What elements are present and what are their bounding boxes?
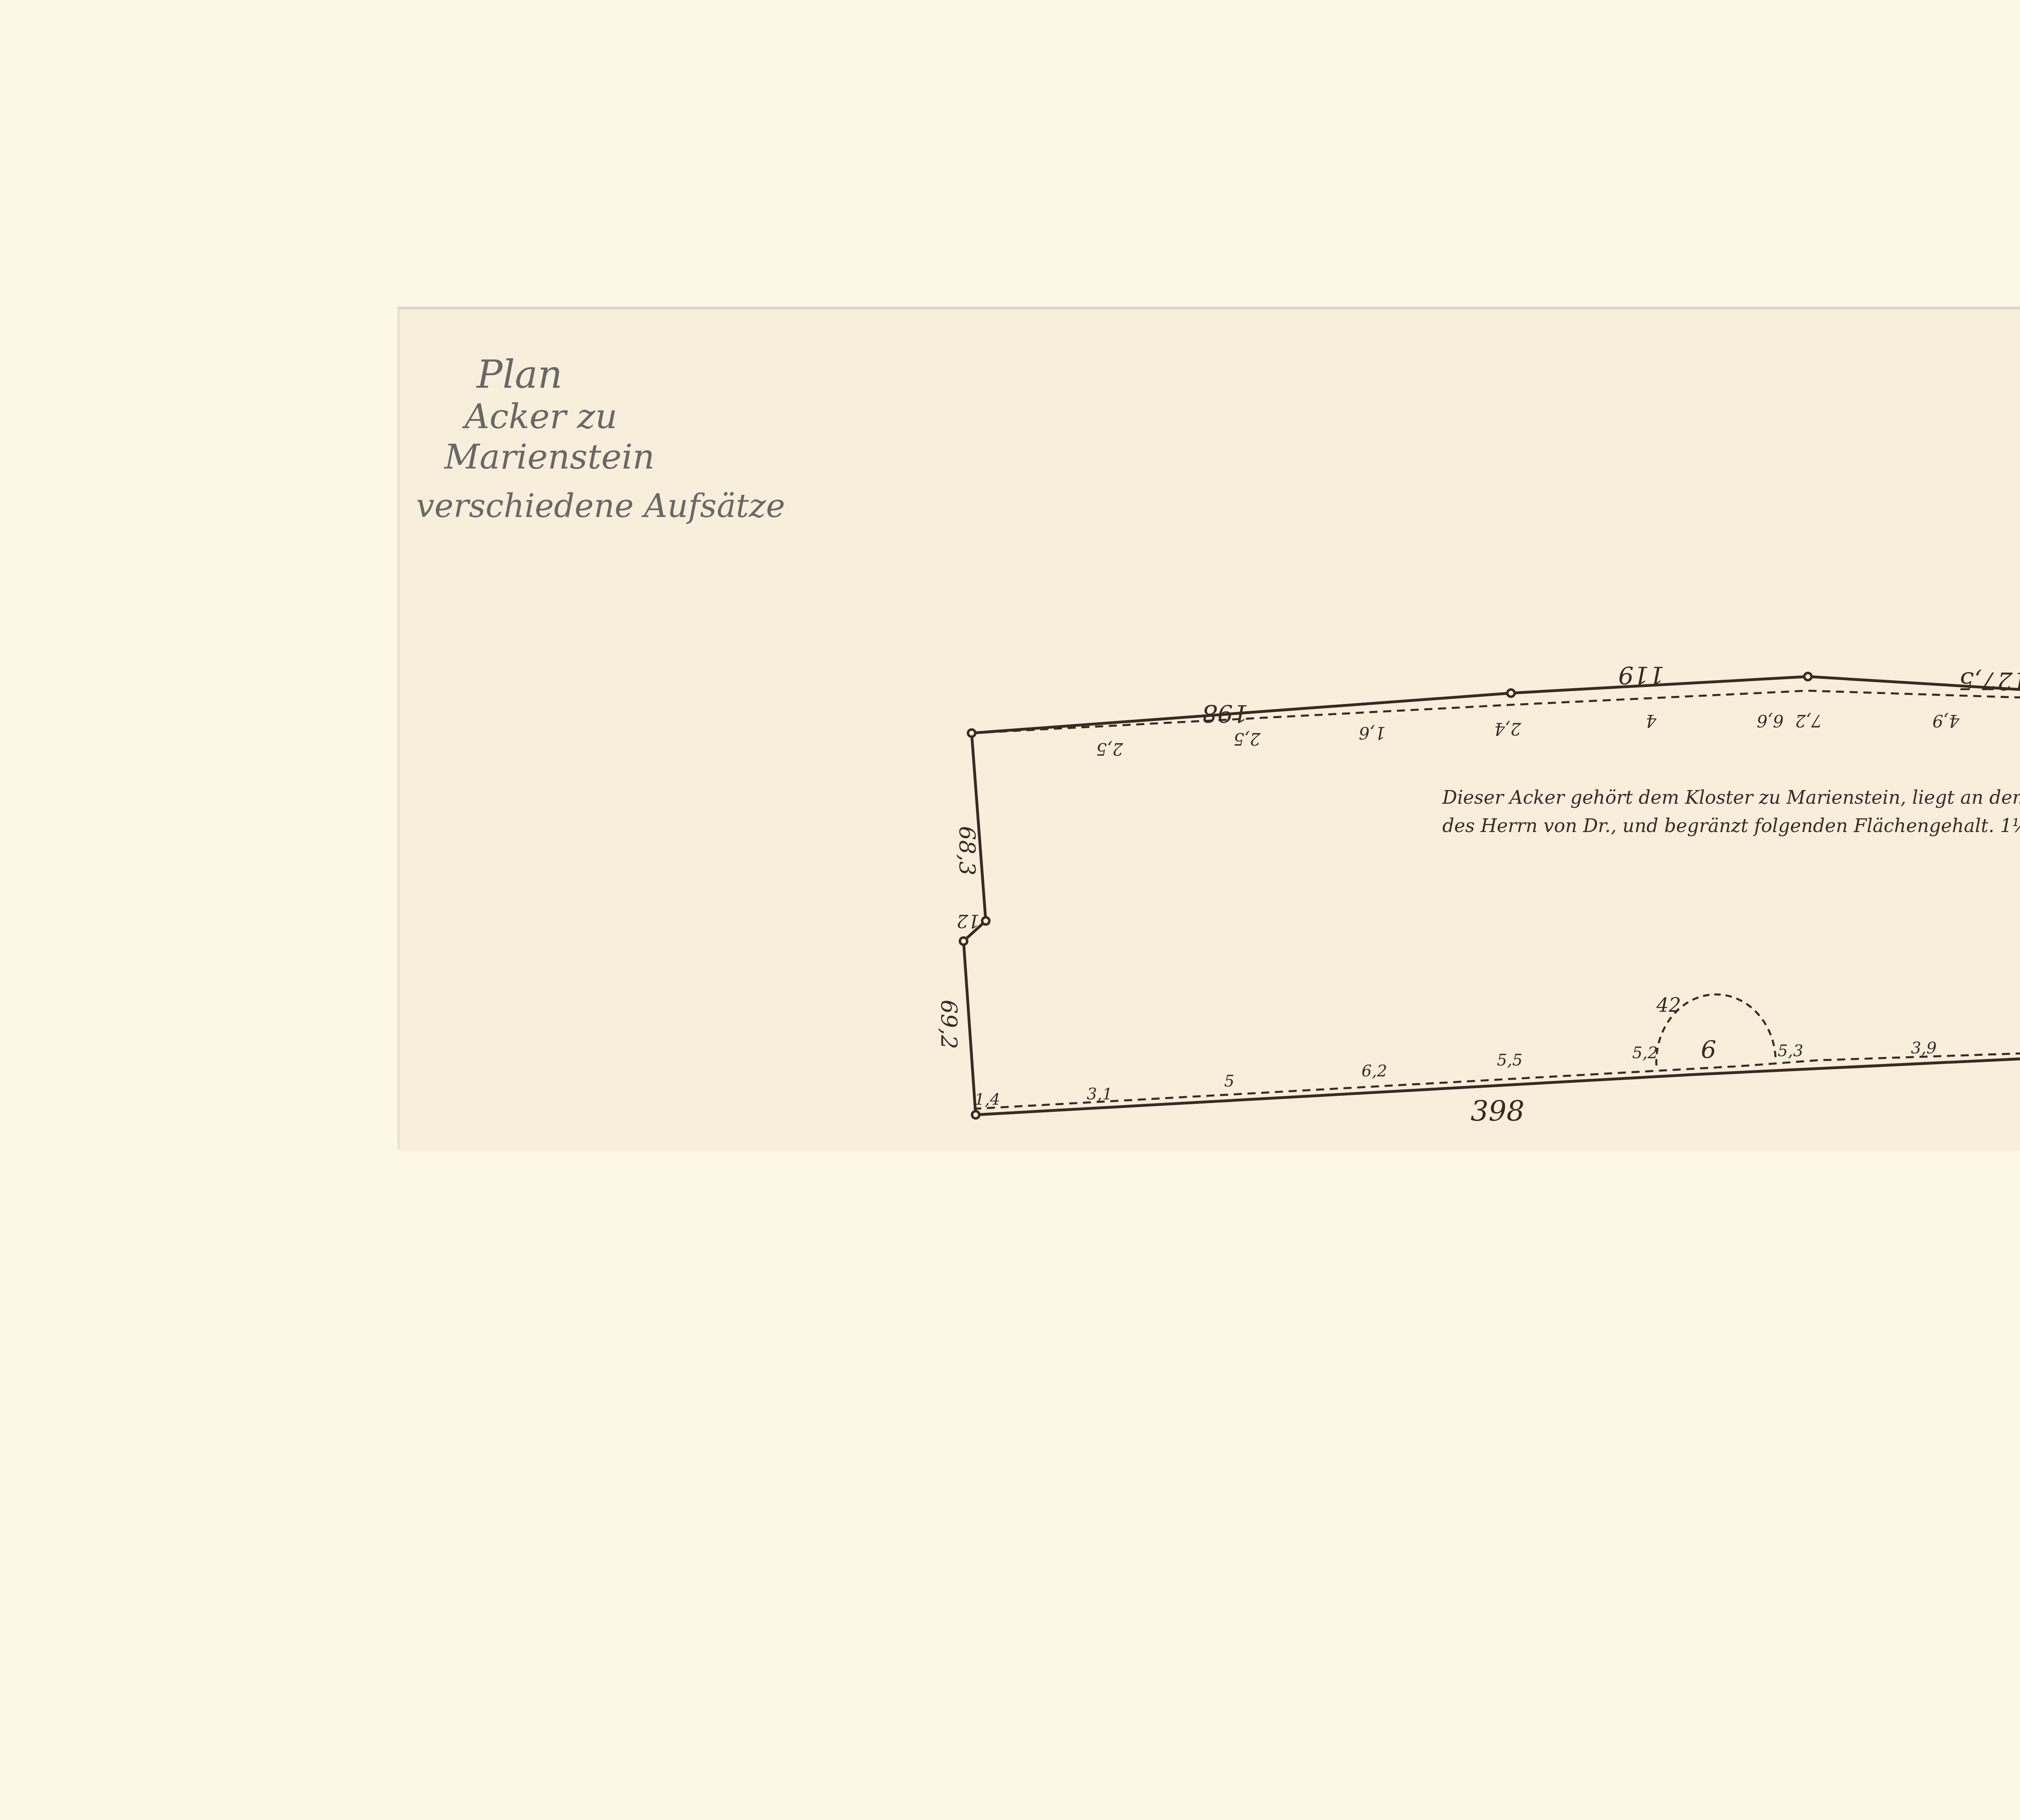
svg-text:68,3: 68,3 [954, 826, 980, 875]
svg-text:5,5: 5,5 [1497, 1051, 1523, 1070]
svg-text:6,6: 6,6 [1757, 711, 1784, 731]
svg-text:42: 42 [1656, 994, 1681, 1017]
svg-text:2,5: 2,5 [1233, 729, 1261, 749]
svg-text:6,2: 6,2 [1361, 1062, 1387, 1080]
svg-text:4,9: 4,9 [1932, 711, 1960, 731]
svg-text:1,6: 1,6 [1359, 723, 1386, 743]
survey-drawing: Plan Acker zu Marienstein verschiedene A… [0, 0, 2020, 1820]
pencil-line-3: Marienstein [444, 437, 655, 477]
svg-text:127,5: 127,5 [1959, 666, 2020, 695]
pencil-line-4: verschiedene Aufsätze [416, 487, 785, 525]
svg-text:7,2: 7,2 [1795, 711, 1822, 731]
svg-text:119: 119 [1618, 660, 1664, 689]
svg-text:3,9: 3,9 [1911, 1039, 1937, 1057]
top-edge-labels: 198 119 127,5 2,5 2,5 1,6 2,4 4 6,6 7,2 … [1096, 660, 2020, 759]
svg-text:5,2: 5,2 [1632, 1044, 1658, 1062]
svg-text:69,2: 69,2 [936, 1000, 962, 1049]
inscription-line-2: des Herrn von Dr., und begränzt folgende… [1442, 815, 2020, 836]
svg-text:3,1: 3,1 [1087, 1085, 1113, 1103]
pencil-line-2: Acker zu [462, 397, 617, 437]
svg-text:1,4: 1,4 [974, 1090, 1000, 1109]
inscription: Dieser Acker gehört dem Kloster zu Marie… [1442, 786, 2020, 836]
svg-text:5,3: 5,3 [1778, 1042, 1803, 1060]
baseline-top [972, 691, 2020, 1109]
svg-text:2,5: 2,5 [1096, 739, 1124, 759]
svg-text:398: 398 [1471, 1095, 1525, 1128]
pencil-line-1: Plan [476, 353, 562, 397]
svg-text:5: 5 [1224, 1072, 1234, 1091]
pencil-note: Plan Acker zu Marienstein verschiedene A… [416, 353, 785, 525]
bottom-edge-labels: 398 3,1 5 6,2 5,5 5,2 5,3 3,9 2,7 42 6 [1087, 994, 2020, 1128]
svg-text:2,4: 2,4 [1494, 719, 1521, 739]
svg-text:6: 6 [1701, 1036, 1716, 1064]
svg-text:12: 12 [957, 910, 980, 932]
svg-text:4: 4 [1645, 711, 1657, 731]
mat-board: Plan Acker zu Marienstein verschiedene A… [0, 0, 2020, 1820]
svg-text:198: 198 [1202, 699, 1248, 727]
inscription-line-1: Dieser Acker gehört dem Kloster zu Marie… [1442, 786, 2020, 808]
left-edge-labels: 68,3 12 69,2 1,4 [936, 826, 1000, 1109]
